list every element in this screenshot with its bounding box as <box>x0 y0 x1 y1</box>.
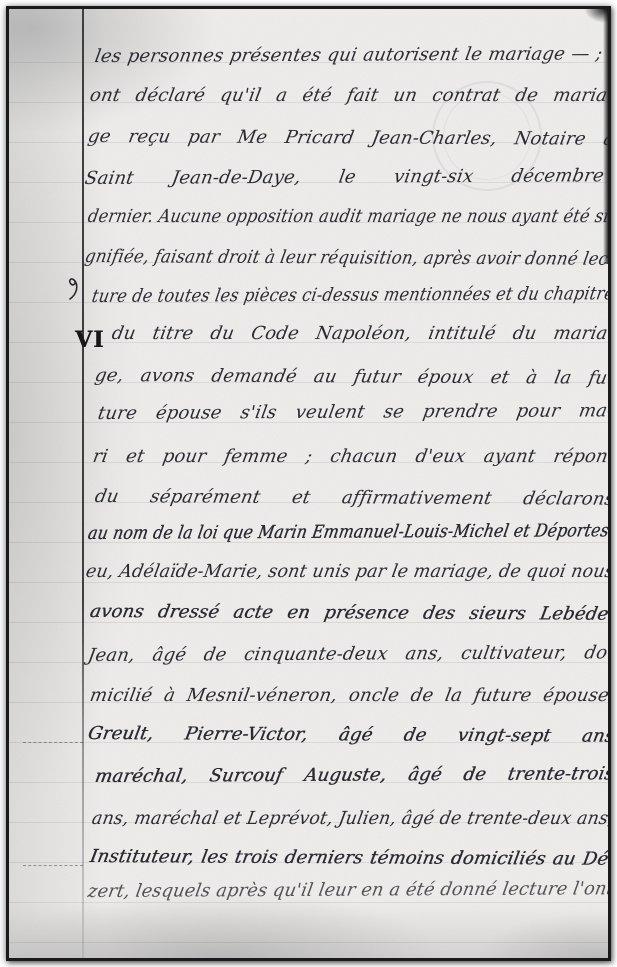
handwritten-line: du séparément et affirmativement déclaro… <box>93 487 608 510</box>
handwritten-line: ture épouse s'ils veulent se prendre pou… <box>96 401 608 424</box>
handwritten-line: micilié à Mesnil-véneron, oncle de la fu… <box>88 686 608 706</box>
handwritten-line: ri et pour femme ; chacun d'eux ayant ré… <box>91 447 608 467</box>
handwritten-line: Saint Jean-de-Daye, le vingt-six décembr… <box>83 166 605 189</box>
handwritten-line: ture de toutes les pièces ci-dessus ment… <box>90 284 608 307</box>
handwritten-line: ont déclaré qu'il a été fait un contrat … <box>88 86 608 106</box>
corner-ink-blotch <box>584 9 608 23</box>
margin-dash <box>23 865 83 866</box>
scan-border-frame: VI les personnes présentes qui autorisen… <box>6 6 611 961</box>
handwritten-line: dernier. Aucune opposition audit mariage… <box>86 207 608 227</box>
margin-paraph-flourish <box>67 277 83 301</box>
handwritten-line: au nom de la loi que Marin Emmanuel-Loui… <box>86 521 608 544</box>
handwritten-line: Instituteur, les trois derniers témoins … <box>88 847 608 870</box>
handwritten-line: avons dressé acte en présence des sieurs… <box>88 602 608 625</box>
handwritten-line: ge reçu par Me Pricard Jean-Charles, Not… <box>86 127 608 150</box>
handwritten-line: du titre du Code Napoléon, intitulé du m… <box>110 324 608 344</box>
handwritten-line: les personnes présentes qui autorisent l… <box>93 44 604 67</box>
handwritten-line: eu, Adélaïde-Marie, sont unis par le mar… <box>84 562 608 582</box>
margin-note-roman-numeral: VI <box>75 327 104 353</box>
handwritten-line: gnifiée, faisant droit à leur réquisitio… <box>83 247 608 270</box>
scanned-document-page: { "page": { "margin_note": "VI", "lines"… <box>0 0 617 967</box>
handwritten-line: Jean, âgé de cinquante-deux ans, cultiva… <box>86 643 608 666</box>
paper-page: VI les personnes présentes qui autorisen… <box>9 9 608 958</box>
handwritten-line: maréchal, Surcouf Auguste, âgé de trente… <box>93 764 608 787</box>
handwritten-line: ge, avons demandé au futur époux et à la… <box>93 366 608 389</box>
margin-rule-line <box>82 9 84 958</box>
handwritten-line: zert, lesquels après qu'il leur en a été… <box>86 879 608 902</box>
handwritten-line: Greult, Pierre-Victor, âgé de vingt-sept… <box>86 724 608 747</box>
margin-dash <box>23 742 83 743</box>
handwritten-line: ans, maréchal et Leprévot, Julien, âgé d… <box>90 809 608 829</box>
